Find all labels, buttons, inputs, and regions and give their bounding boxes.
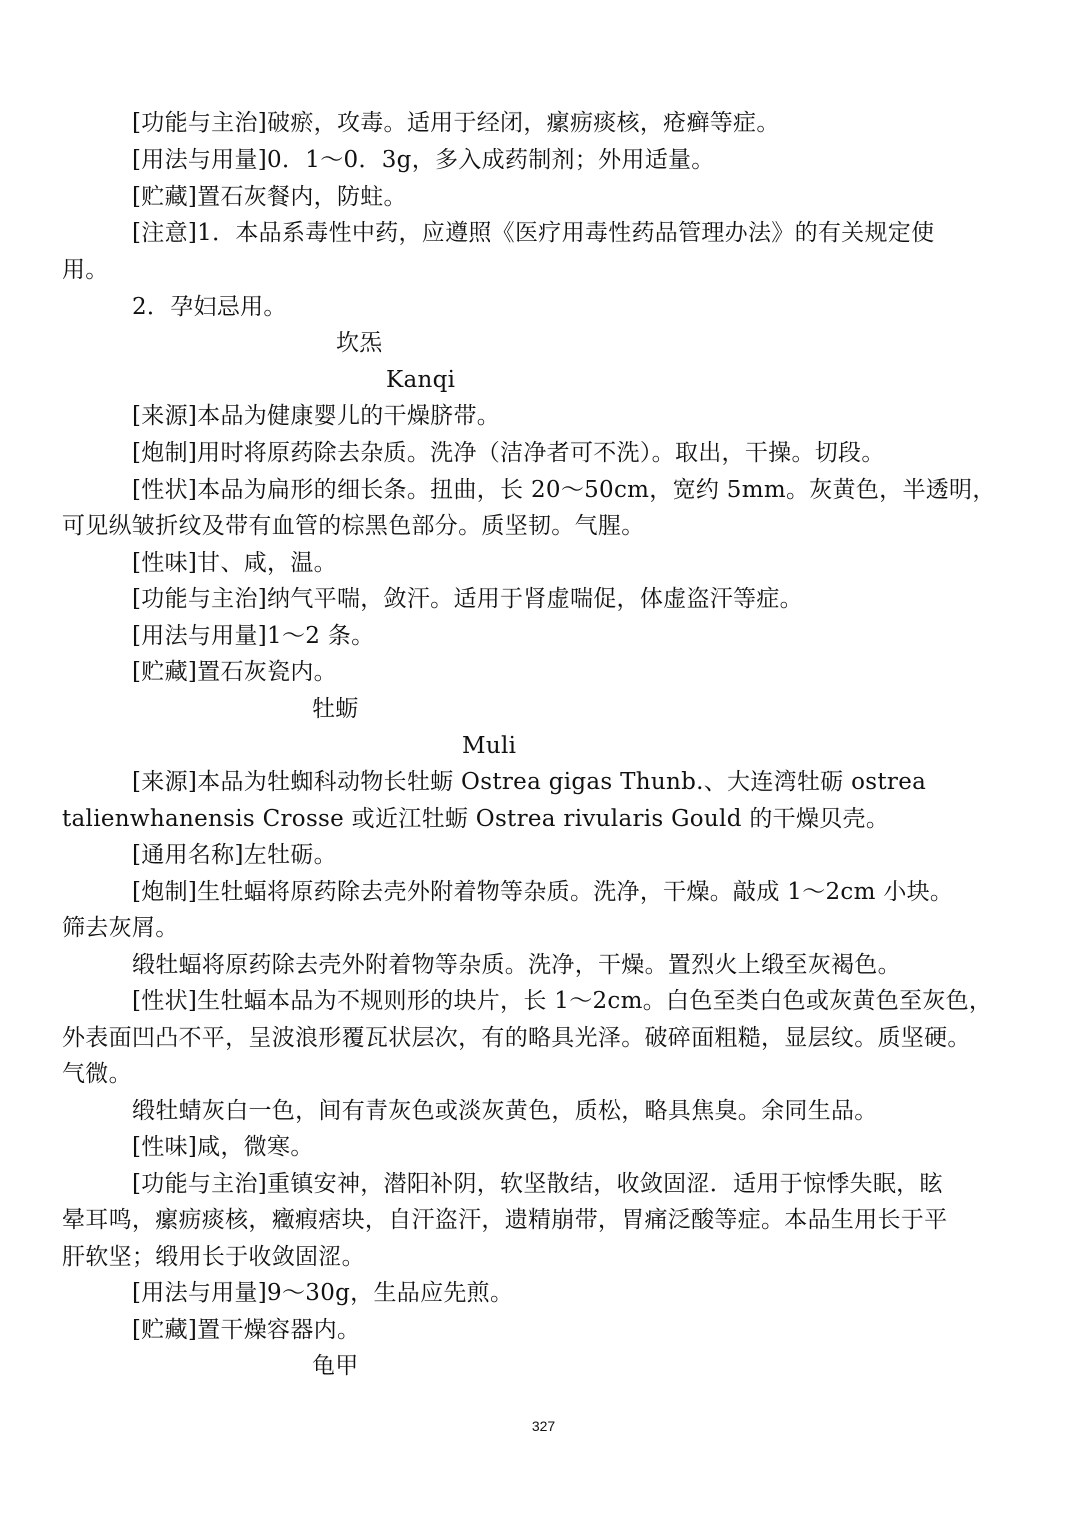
entry-title-kanqi: 坎炁 bbox=[336, 328, 383, 358]
paragraph-description: [性状]本品为扁形的细长条。扭曲，长 20～50cm，宽约 5mm。灰黄色，半透… bbox=[132, 475, 996, 505]
paragraph-source: [来源]本品为健康婴儿的干燥脐带。 bbox=[132, 401, 500, 431]
paragraph-description: [性状]生牡蝠本品为不规则形的块片，长 1～2cm。白色至类白色或灰黄色至灰色， bbox=[132, 986, 992, 1016]
paragraph-description-calcined: 缎牡蜻灰白一色，间有青灰色或淡灰黄色，质松，略具焦臭。余同生品。 bbox=[132, 1096, 878, 1126]
paragraph-caution: [注意]1．本品系毒性中药，应遵照《医疗用毒性药品管理办法》的有关规定使 bbox=[132, 218, 934, 248]
paragraph-nature-taste: [性味]甘、咸，温。 bbox=[132, 548, 337, 578]
paragraph-storage: [贮藏]置石灰瓷内。 bbox=[132, 657, 337, 687]
paragraph-function-indications: [功能与主治]重镇安神，潜阳补阴，软坚散结，收敛固涩．适用于惊悸失眠，眩 bbox=[132, 1169, 943, 1199]
paragraph-function-indications-cont: 晕耳鸣，瘰疬痰核，癥瘕痞块，自汗盗汗，遗精崩带，胃痛泛酸等症。本品生用长于平 bbox=[62, 1205, 947, 1235]
paragraph-processing-cont: 筛去灰屑。 bbox=[62, 913, 179, 943]
page-number: 327 bbox=[0, 1418, 1087, 1434]
paragraph-source: [来源]本品为牡蜘科动物长牡蛎 Ostrea gigas Thunb.、大连湾牡… bbox=[132, 767, 926, 797]
entry-pinyin-muli: Muli bbox=[462, 731, 516, 761]
entry-pinyin-kanqi: Kanqi bbox=[386, 365, 455, 395]
entry-title-muli: 牡蛎 bbox=[312, 694, 359, 724]
paragraph-nature-taste: [性味]咸，微寒。 bbox=[132, 1132, 314, 1162]
paragraph-usage-dosage: [用法与用量]0．1～0．3g，多入成药制剂；外用适量。 bbox=[132, 145, 715, 175]
paragraph-processing-calcined: 缎牡蝠将原药除去壳外附着物等杂质。洗净，干燥。置烈火上缎至灰褐色。 bbox=[132, 950, 901, 980]
paragraph-usage-dosage: [用法与用量]9～30g，生品应先煎。 bbox=[132, 1278, 513, 1308]
paragraph-common-name: [通用名称]左牡砺。 bbox=[132, 840, 337, 870]
paragraph-description-cont-2: 气微。 bbox=[62, 1059, 132, 1089]
document-page: [功能与主治]破瘀，攻毒。适用于经闭，瘰疬痰核，疮癣等症。 [用法与用量]0．1… bbox=[0, 0, 1087, 1536]
paragraph-processing: [炮制]生牡蝠将原药除去壳外附着物等杂质。洗净，干燥。敲成 1～2cm 小块。 bbox=[132, 877, 953, 907]
entry-title-guijia: 龟甲 bbox=[312, 1351, 359, 1381]
paragraph-usage-dosage: [用法与用量]1～2 条。 bbox=[132, 621, 374, 651]
paragraph-storage: [贮藏]置干燥容器内。 bbox=[132, 1315, 360, 1345]
paragraph-description-cont: 可见纵皱折纹及带有血管的棕黑色部分。质坚韧。气腥。 bbox=[62, 511, 645, 541]
paragraph-function-indications: [功能与主治]破瘀，攻毒。适用于经闭，瘰疬痰核，疮癣等症。 bbox=[132, 108, 780, 138]
paragraph-processing: [炮制]用时将原药除去杂质。洗净（洁净者可不洗）。取出，干操。切段。 bbox=[132, 438, 885, 468]
paragraph-caution-cont: 用。 bbox=[62, 255, 109, 285]
paragraph-function-indications-cont-2: 肝软坚；缎用长于收敛固涩。 bbox=[62, 1242, 365, 1272]
paragraph-source-cont: talienwhanensis Crosse 或近江牡蛎 Ostrea rivu… bbox=[62, 804, 889, 834]
paragraph-description-cont: 外表面凹凸不平，呈波浪形覆瓦状层次，有的略具光泽。破碎面粗糙，显层纹。质坚硬。 bbox=[62, 1023, 971, 1053]
paragraph-caution-2: 2．孕妇忌用。 bbox=[132, 292, 287, 322]
paragraph-function-indications: [功能与主治]纳气平喘，敛汗。适用于肾虚喘促，体虚盗汗等症。 bbox=[132, 584, 803, 614]
paragraph-storage: [贮藏]置石灰餐内，防蛀。 bbox=[132, 182, 407, 212]
